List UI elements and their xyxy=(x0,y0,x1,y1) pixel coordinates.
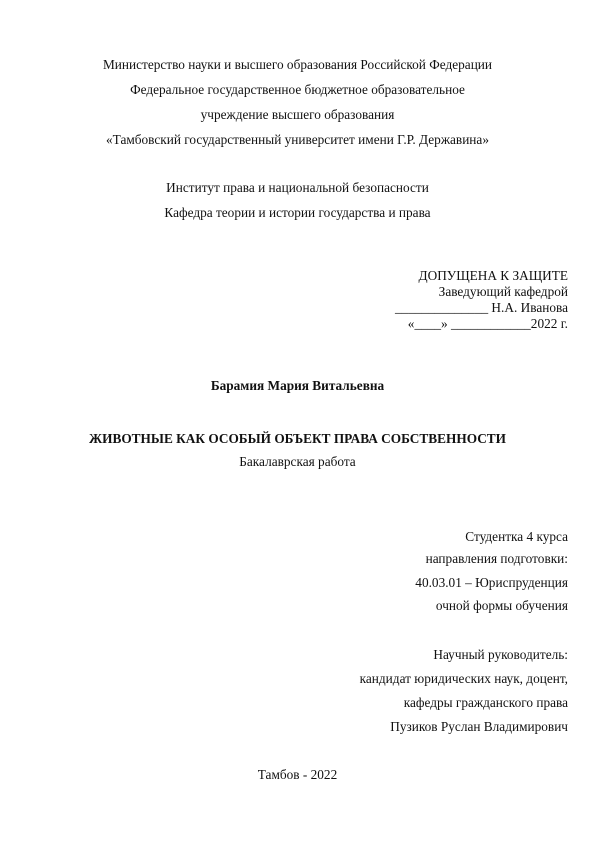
supervisor-info-0: Научный руководитель: xyxy=(433,647,568,663)
ministry-line: Министерство науки и высшего образования… xyxy=(0,57,595,73)
student-info-1: направления подготовки: xyxy=(426,551,568,567)
supervisor-info-3: Пузиков Руслан Владимирович xyxy=(390,719,568,735)
student-info-0: Студентка 4 курса xyxy=(465,529,568,545)
supervisor-info-2: кафедры гражданского права xyxy=(404,695,568,711)
institution-type-line: Федеральное государственное бюджетное об… xyxy=(0,82,595,98)
institution-type-line-2: учреждение высшего образования xyxy=(0,107,595,123)
chair-line: Кафедра теории и истории государства и п… xyxy=(0,205,595,221)
work-type: Бакалаврская работа xyxy=(0,454,595,470)
student-info-2: 40.03.01 – Юриспруденция xyxy=(415,575,568,591)
university-line: «Тамбовский государственный университет … xyxy=(0,132,595,148)
thesis-title: ЖИВОТНЫЕ КАК ОСОБЫЙ ОБЪЕКТ ПРАВА СОБСТВЕ… xyxy=(0,431,595,447)
approval-role: Заведующий кафедрой xyxy=(439,284,568,300)
approval-status: ДОПУЩЕНА К ЗАЩИТЕ xyxy=(419,268,568,284)
institute-line: Институт права и национальной безопаснос… xyxy=(0,180,595,196)
student-info-3: очной формы обучения xyxy=(436,598,568,614)
supervisor-info-1: кандидат юридических наук, доцент, xyxy=(360,671,568,687)
footer-city-year: Тамбов - 2022 xyxy=(0,767,595,783)
author-name: Барамия Мария Витальевна xyxy=(0,378,595,394)
approval-signature: ______________ Н.А. Иванова xyxy=(395,300,568,316)
approval-date: «____» ____________2022 г. xyxy=(408,316,568,332)
